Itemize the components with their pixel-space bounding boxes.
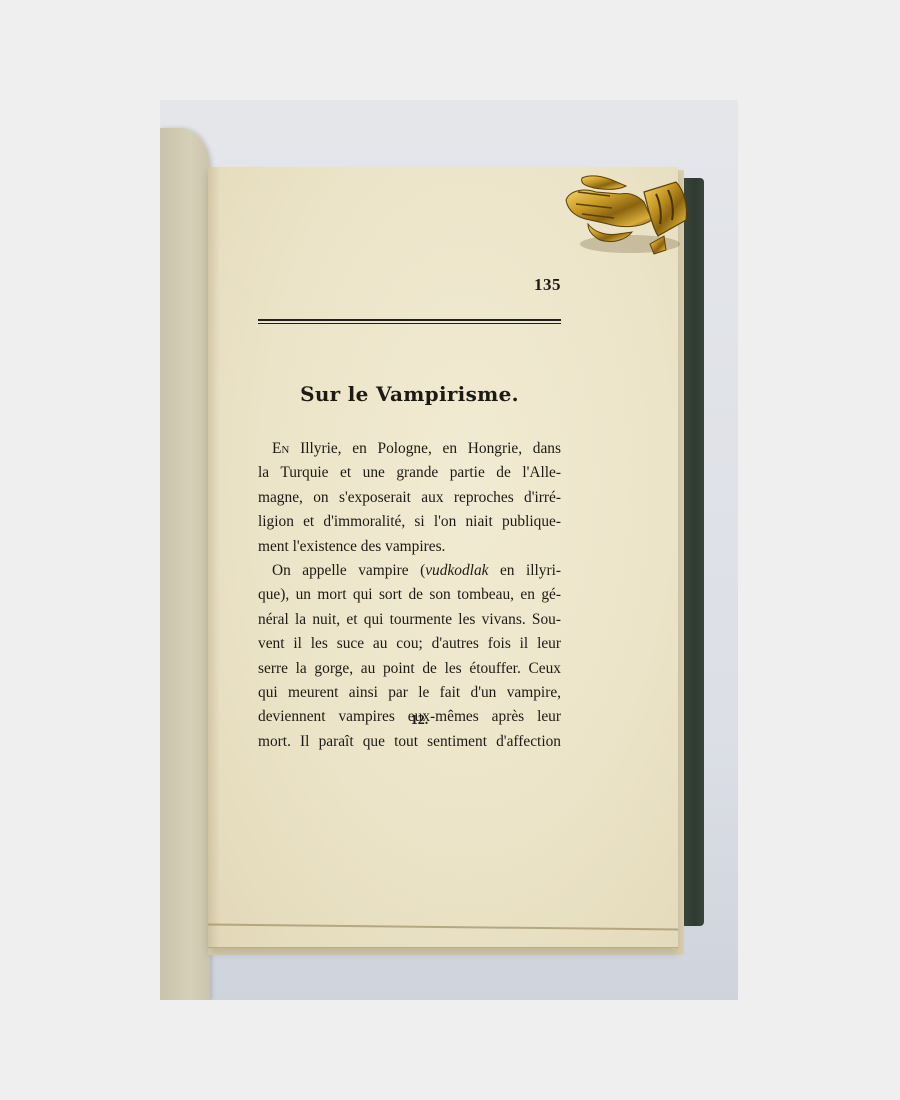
- facing-page-left: [160, 128, 210, 1000]
- body-text: En Illyrie, en Pologne, en Hongrie, dans…: [258, 437, 561, 754]
- page-number: 135: [534, 275, 561, 295]
- text-line: En Illyrie, en Pologne, en Hongrie, dans: [258, 437, 561, 461]
- text-line: ligion et d'immoralité, si l'on niait pu…: [258, 510, 561, 534]
- chapter-title: Sur le Vampirisme.: [258, 382, 561, 406]
- text-line: ment l'existence des vampires.: [258, 535, 561, 559]
- signature-mark: 12.: [258, 713, 561, 729]
- text-line: la Turquie et une grande partie de l'All…: [258, 461, 561, 485]
- text-line: serre la gorge, au point de les étouffer…: [258, 657, 561, 681]
- italic-term: vudkodlak: [425, 562, 488, 579]
- header-double-rule: [258, 319, 561, 324]
- text-line: que), un mort qui sort de son tombeau, e…: [258, 583, 561, 607]
- brass-hand-clip-icon: [560, 162, 692, 258]
- book-photo: 135 Sur le Vampirisme. En Illyrie, en Po…: [160, 100, 738, 1000]
- line-text: On appelle vampire (: [272, 562, 425, 579]
- line-text: Illyrie, en Pologne, en Hongrie, dans: [289, 440, 561, 457]
- text-line: magne, on s'exposerait aux reproches d'i…: [258, 486, 561, 510]
- text-line: néral la nuit, et qui tourmente les viva…: [258, 608, 561, 632]
- text-line: On appelle vampire (vudkodlak en illyri-: [258, 559, 561, 583]
- line-text: en illyri-: [488, 562, 561, 579]
- text-line: vent il les suce au cou; d'autres fois i…: [258, 632, 561, 656]
- text-line: mort. Il paraît que tout sentiment d'aff…: [258, 730, 561, 754]
- text-line: qui meurent ainsi par le fait d'un vampi…: [258, 681, 561, 705]
- drop-smallcaps: En: [272, 440, 289, 457]
